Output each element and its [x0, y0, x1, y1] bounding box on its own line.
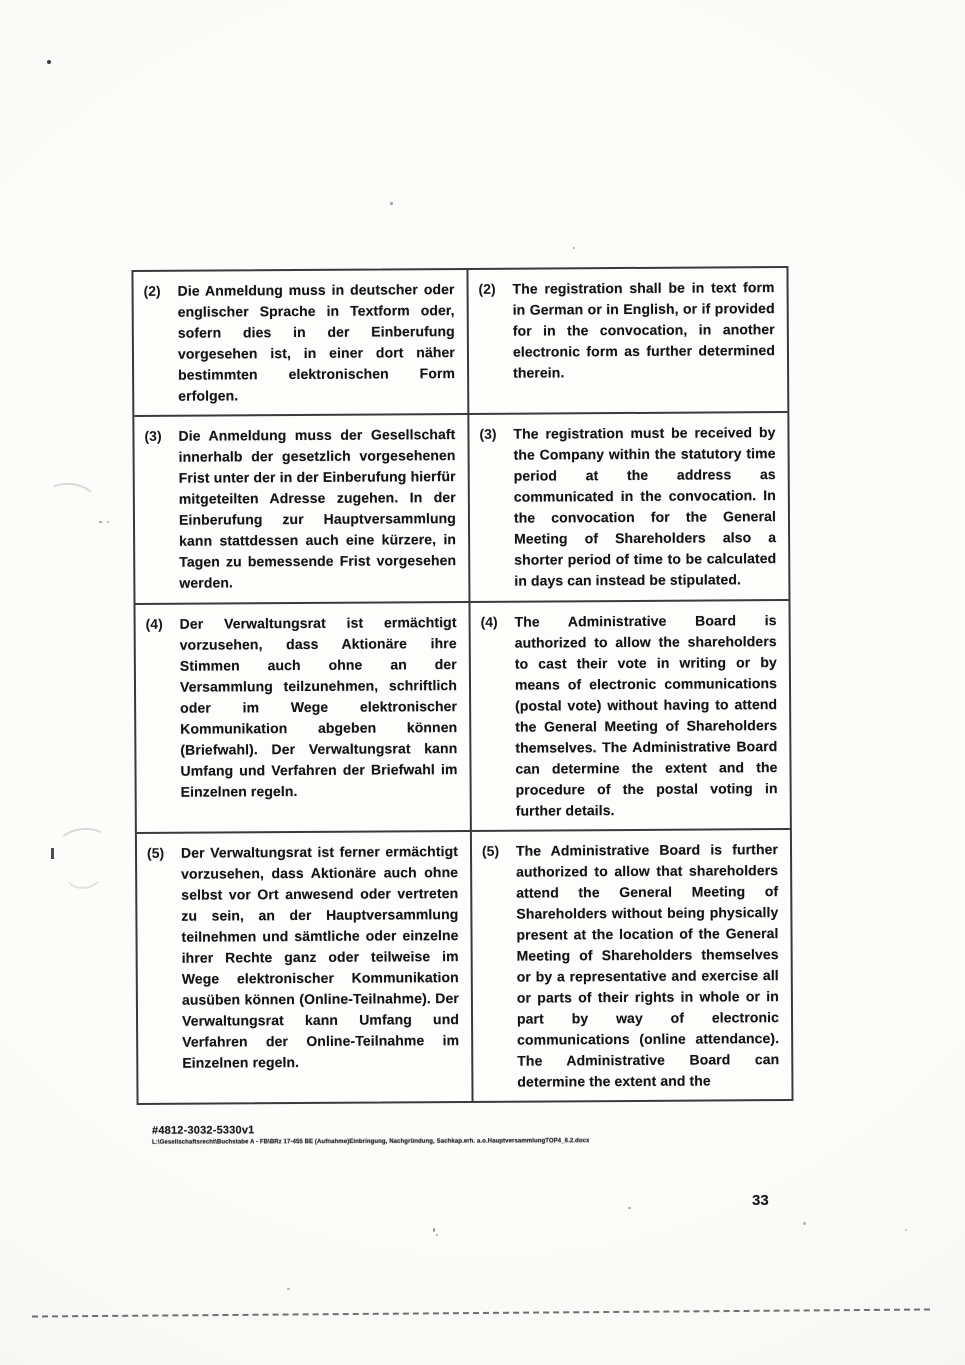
scan-artifact-dot [628, 1207, 631, 1209]
scan-artifact-dot [47, 60, 51, 64]
paragraph-number: (4) [481, 612, 516, 822]
paragraph-number: (4) [146, 614, 181, 824]
english-paragraph-text: The registration shall be in text form i… [512, 277, 775, 405]
scan-artifact-dot [390, 202, 393, 205]
scan-artifact-dot [803, 1222, 806, 1225]
scan-artifact-pencil-mark [62, 845, 106, 889]
scan-artifact-dot [573, 247, 575, 249]
scan-artifact-pencil-mark [57, 825, 110, 860]
scan-artifact-dot [436, 1234, 438, 1236]
cell-german-section-4: (4) Der Verwaltungsrat ist ermächtigt vo… [136, 603, 472, 832]
scan-artifact-dot [287, 1288, 290, 1290]
paragraph-number: (2) [144, 281, 179, 407]
footer-file-path: L:\Gesellschaftsrecht\Buchstabe A - FB\B… [152, 1138, 589, 1146]
cell-english-section-5: (5) The Administrative Board is further … [472, 830, 792, 1101]
german-paragraph-text: Der Verwaltungsrat ist ferner ermächtigt… [181, 841, 459, 1095]
page-number: 33 [752, 1192, 769, 1209]
cell-german-section-2: (2) Die Anmeldung muss in deutscher oder… [133, 270, 469, 415]
footer: #4812-3032-5330v1 L:\Gesellschaftsrecht\… [152, 1123, 590, 1146]
scan-artifact-tick [51, 848, 54, 859]
scan-artifact-dot [905, 1229, 907, 1231]
cell-german-section-3: (3) Die Anmeldung muss der Gesellschaft … [134, 415, 470, 603]
german-paragraph-text: Die Anmeldung muss in deutscher oder eng… [178, 279, 456, 407]
cell-english-section-2: (2) The registration shall be in text fo… [468, 268, 787, 413]
cell-german-section-5: (5) Der Verwaltungsrat ist ferner ermäch… [137, 832, 474, 1103]
english-paragraph-text: The Administrative Board is further auth… [516, 839, 780, 1093]
german-paragraph-text: Die Anmeldung muss der Gesellschaft inne… [178, 424, 456, 595]
scan-artifact-dot [107, 521, 109, 523]
scan-artifact-dot [433, 1228, 435, 1232]
english-paragraph-text: The registration must be received by the… [513, 422, 776, 593]
table-row: (2) Die Anmeldung muss in deutscher oder… [133, 268, 787, 417]
bilingual-articles-table: (2) Die Anmeldung muss in deutscher oder… [131, 266, 793, 1105]
table-row: (3) Die Anmeldung muss der Gesellschaft … [134, 413, 788, 605]
english-paragraph-text: The Administrative Board is authorized t… [515, 610, 778, 822]
table-row: (5) Der Verwaltungsrat ist ferner ermäch… [137, 830, 792, 1103]
scan-artifact-bottom-line [32, 1308, 930, 1317]
paragraph-number: (5) [147, 843, 183, 1095]
paragraph-number: (3) [479, 424, 514, 593]
german-paragraph-text: Der Verwaltungsrat ist ermächtigt vorzus… [180, 612, 458, 824]
cell-english-section-3: (3) The registration must be received by… [469, 413, 788, 601]
paragraph-number: (2) [478, 279, 513, 405]
cell-english-section-4: (4) The Administrative Board is authoriz… [470, 601, 789, 830]
footer-doc-ref: #4812-3032-5330v1 [152, 1123, 590, 1137]
paragraph-number: (5) [482, 841, 518, 1093]
scan-artifact-pencil-mark [44, 480, 98, 517]
paragraph-number: (3) [144, 426, 179, 595]
scan-artifact-dot [99, 521, 102, 523]
table-row: (4) Der Verwaltungsrat ist ermächtigt vo… [136, 601, 790, 834]
